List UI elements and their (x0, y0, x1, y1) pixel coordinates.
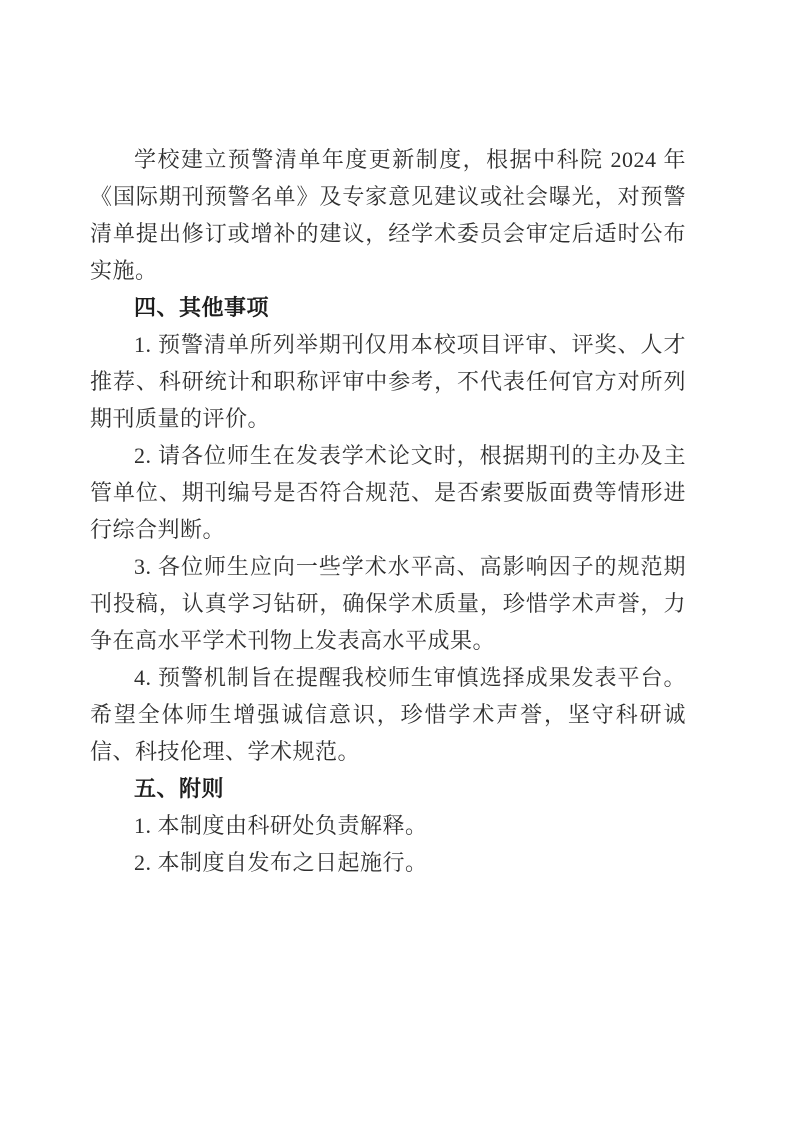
para-warning-list-annual-update: 学校建立预警清单年度更新制度，根据中科院 2024 年《国际期刊预警名单》及专家… (90, 141, 686, 289)
para-other-matters-item-2: 2. 请各位师生在发表学术论文时，根据期刊的主办及主管单位、期刊编号是否符合规范… (90, 437, 686, 548)
heading-section-4-other-matters: 四、其他事项 (90, 289, 686, 326)
para-other-matters-item-3: 3. 各位师生应向一些学术水平高、高影响因子的规范期刊投稿，认真学习钻研，确保学… (90, 548, 686, 659)
document-page: 学校建立预警清单年度更新制度，根据中科院 2024 年《国际期刊预警名单》及专家… (0, 0, 793, 1122)
heading-section-5-supplementary: 五、附则 (90, 770, 686, 807)
para-supplementary-item-1: 1. 本制度由科研处负责解释。 (90, 807, 686, 844)
para-other-matters-item-4: 4. 预警机制旨在提醒我校师生审慎选择成果发表平台。希望全体师生增强诚信意识，珍… (90, 659, 686, 770)
document-text-block: 学校建立预警清单年度更新制度，根据中科院 2024 年《国际期刊预警名单》及专家… (90, 141, 686, 881)
para-supplementary-item-2: 2. 本制度自发布之日起施行。 (90, 844, 686, 881)
para-other-matters-item-1: 1. 预警清单所列举期刊仅用本校项目评审、评奖、人才推荐、科研统计和职称评审中参… (90, 326, 686, 437)
